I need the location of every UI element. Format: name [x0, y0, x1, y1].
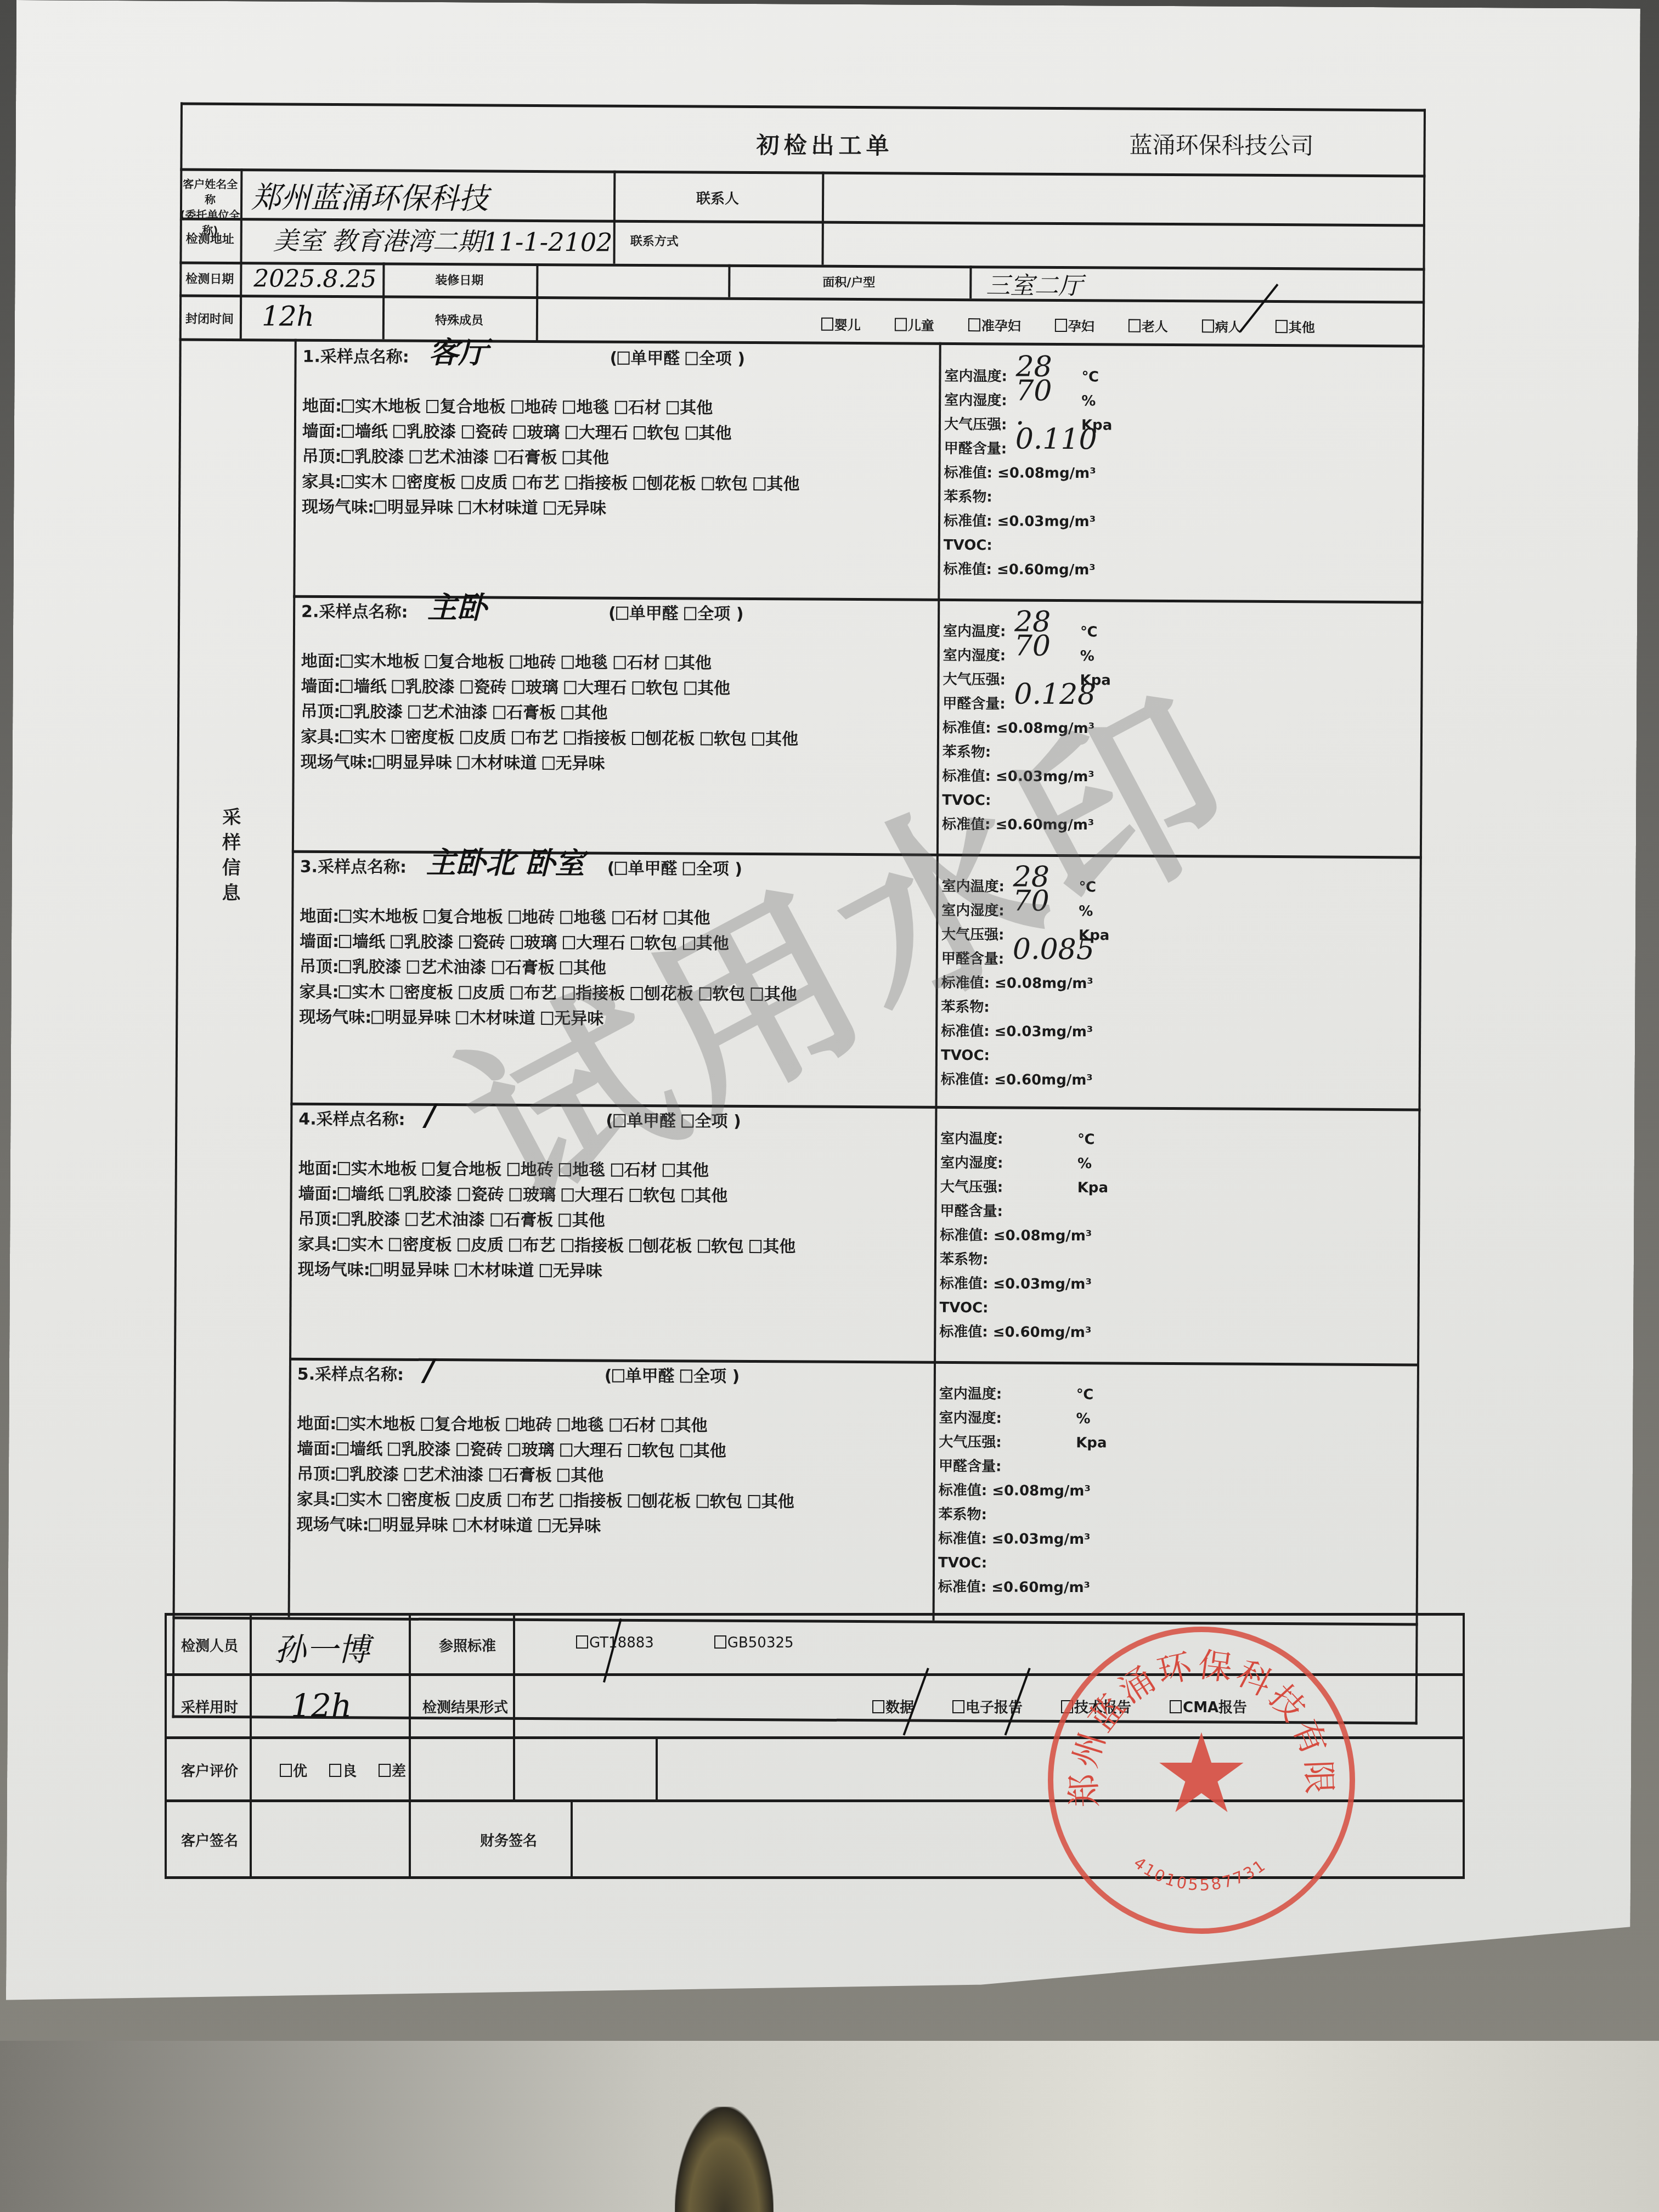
checkbox-icon[interactable]: [494, 451, 506, 464]
wall-checkbox[interactable]: 软包: [628, 1441, 674, 1460]
floor-checkbox[interactable]: 地毯: [558, 1415, 604, 1435]
furniture-checkbox[interactable]: 布艺: [513, 473, 560, 493]
checkbox-icon[interactable]: [1128, 319, 1141, 332]
checkbox-icon[interactable]: [665, 656, 678, 669]
checkbox-icon[interactable]: [1055, 319, 1067, 332]
checkbox-icon[interactable]: [561, 1188, 573, 1201]
ceiling-checkbox[interactable]: 石膏板: [492, 958, 555, 978]
checkbox-icon[interactable]: [680, 1369, 692, 1383]
checkbox-icon[interactable]: [895, 318, 907, 331]
wall-checkbox[interactable]: 软包: [634, 424, 680, 443]
wall-checkbox[interactable]: 大理石: [563, 933, 625, 953]
ceiling-checkbox[interactable]: 其他: [563, 448, 609, 467]
smell-checkbox[interactable]: 明显异味: [373, 753, 452, 772]
checkbox-icon[interactable]: [456, 1011, 469, 1024]
checkbox-icon[interactable]: [393, 476, 405, 489]
smell-checkbox[interactable]: 明显异味: [374, 498, 453, 517]
wall-checkbox[interactable]: 玻璃: [512, 678, 558, 697]
checkbox-icon[interactable]: [509, 1239, 521, 1252]
test-mode-checkbox[interactable]: 全项: [686, 349, 732, 368]
checkbox-icon[interactable]: [338, 1187, 350, 1200]
checkbox-icon[interactable]: [427, 400, 439, 413]
checkbox-icon[interactable]: [511, 400, 523, 414]
checkbox-icon[interactable]: [564, 731, 576, 744]
checkbox-icon[interactable]: [510, 1188, 522, 1201]
special-member-checkbox[interactable]: 孕妇: [1055, 315, 1094, 335]
wall-checkbox[interactable]: 墙纸: [338, 1184, 384, 1204]
checkbox-icon[interactable]: [455, 1263, 467, 1277]
wall-checkbox[interactable]: 瓷砖: [458, 1185, 504, 1204]
checkbox-icon[interactable]: [329, 1764, 341, 1777]
checkbox-icon[interactable]: [544, 501, 556, 515]
furniture-checkbox[interactable]: 刨花板: [631, 984, 693, 1004]
checkbox-icon[interactable]: [558, 1418, 570, 1431]
checkbox-icon[interactable]: [714, 1635, 726, 1649]
furniture-checkbox[interactable]: 实木: [337, 1235, 383, 1254]
checkbox-icon[interactable]: [406, 1213, 418, 1226]
special-member-checkbox[interactable]: 老人: [1128, 316, 1168, 335]
checkbox-icon[interactable]: [280, 1764, 292, 1777]
checkbox-icon[interactable]: [460, 680, 472, 693]
checkbox-icon[interactable]: [508, 1443, 520, 1457]
floor-checkbox[interactable]: 地砖: [506, 1415, 552, 1435]
wall-checkbox[interactable]: 其他: [681, 1186, 727, 1205]
wall-checkbox[interactable]: 玻璃: [513, 423, 560, 442]
checkbox-icon[interactable]: [631, 936, 643, 950]
furniture-checkbox[interactable]: 指接板: [565, 473, 628, 493]
checkbox-icon[interactable]: [336, 1468, 348, 1481]
checkbox-icon[interactable]: [459, 986, 471, 999]
floor-checkbox[interactable]: 实木地板: [342, 397, 421, 416]
furniture-checkbox[interactable]: 实木: [336, 1490, 382, 1509]
furniture-checkbox[interactable]: 软包: [699, 985, 745, 1004]
checkbox-icon[interactable]: [616, 607, 628, 620]
checkbox-icon[interactable]: [342, 425, 354, 438]
checkbox-icon[interactable]: [563, 400, 575, 414]
renovation-date-value[interactable]: [539, 266, 725, 295]
smell-checkbox[interactable]: 明显异味: [371, 1008, 450, 1028]
checkbox-icon[interactable]: [749, 1240, 761, 1253]
furniture-checkbox[interactable]: 其他: [749, 1237, 795, 1256]
checkbox-icon[interactable]: [628, 1444, 640, 1457]
checkbox-icon[interactable]: [390, 1238, 402, 1251]
furniture-checkbox[interactable]: 指接板: [562, 984, 625, 1003]
checkbox-icon[interactable]: [458, 756, 470, 769]
checkbox-icon[interactable]: [699, 988, 711, 1001]
floor-checkbox[interactable]: 实木地板: [339, 907, 418, 927]
checkbox-icon[interactable]: [633, 681, 645, 695]
checkbox-icon[interactable]: [512, 731, 524, 744]
rating-checkbox[interactable]: 差: [379, 1760, 406, 1780]
checkbox-icon[interactable]: [512, 681, 524, 694]
checkbox-icon[interactable]: [489, 1469, 501, 1482]
wall-checkbox[interactable]: 瓷砖: [462, 422, 508, 442]
floor-checkbox[interactable]: 其他: [665, 653, 712, 673]
checkbox-icon[interactable]: [339, 960, 351, 973]
furniture-checkbox[interactable]: 布艺: [509, 1236, 555, 1255]
checkbox-icon[interactable]: [392, 731, 404, 744]
furniture-checkbox[interactable]: 密度板: [393, 473, 456, 493]
rating-checkbox[interactable]: 优: [280, 1760, 307, 1780]
checkbox-icon[interactable]: [684, 681, 696, 695]
contact-method-value[interactable]: [825, 224, 1417, 266]
checkbox-icon[interactable]: [341, 475, 353, 488]
standard-checkbox[interactable]: GB50325: [714, 1635, 794, 1651]
test-mode-checkbox[interactable]: 全项: [683, 859, 729, 878]
wall-checkbox[interactable]: 墙纸: [336, 1440, 382, 1459]
smell-checkbox[interactable]: 无异味: [541, 1009, 603, 1029]
floor-checkbox[interactable]: 复合地板: [421, 1415, 500, 1435]
floor-checkbox[interactable]: 地砖: [511, 398, 557, 417]
checkbox-icon[interactable]: [388, 1493, 400, 1506]
checkbox-icon[interactable]: [667, 401, 679, 414]
floor-checkbox[interactable]: 地毯: [562, 653, 608, 672]
checkbox-icon[interactable]: [612, 911, 624, 924]
checkbox-icon[interactable]: [336, 1493, 348, 1506]
ceiling-checkbox[interactable]: 乳胶漆: [342, 447, 404, 467]
checkbox-icon[interactable]: [631, 987, 643, 1000]
furniture-checkbox[interactable]: 实木: [340, 727, 386, 747]
ceiling-checkbox[interactable]: 艺术油漆: [410, 448, 489, 467]
test-mode-checkbox[interactable]: 单甲醛: [612, 1367, 675, 1386]
checkbox-icon[interactable]: [562, 706, 574, 719]
floor-checkbox[interactable]: 地毯: [561, 908, 607, 927]
checkbox-icon[interactable]: [508, 1494, 520, 1507]
checkbox-icon[interactable]: [702, 477, 714, 490]
checkbox-icon[interactable]: [560, 1494, 572, 1507]
checkbox-icon[interactable]: [337, 1212, 349, 1226]
furniture-checkbox[interactable]: 密度板: [392, 728, 454, 748]
checkbox-icon[interactable]: [629, 1239, 641, 1252]
floor-checkbox[interactable]: 实木地板: [341, 652, 420, 672]
checkbox-icon[interactable]: [490, 1214, 503, 1227]
checkbox-icon[interactable]: [342, 450, 354, 463]
checkbox-icon[interactable]: [341, 654, 353, 668]
checkbox-icon[interactable]: [664, 911, 676, 924]
floor-checkbox[interactable]: 石材: [615, 398, 661, 417]
floor-checkbox[interactable]: 地毯: [559, 1160, 605, 1180]
checkbox-icon[interactable]: [872, 1700, 884, 1713]
furniture-checkbox[interactable]: 布艺: [512, 729, 558, 748]
checkbox-icon[interactable]: [456, 1443, 469, 1456]
checkbox-icon[interactable]: [559, 1163, 571, 1176]
checkbox-icon[interactable]: [391, 986, 403, 999]
floor-checkbox[interactable]: 地砖: [509, 908, 555, 927]
checkbox-icon[interactable]: [680, 1444, 692, 1457]
checkbox-icon[interactable]: [696, 1495, 708, 1508]
wall-checkbox[interactable]: 大理石: [564, 678, 627, 698]
special-member-checkbox[interactable]: 其他: [1276, 317, 1315, 336]
checkbox-icon[interactable]: [340, 680, 352, 693]
floor-checkbox[interactable]: 地毯: [563, 398, 609, 417]
smell-checkbox[interactable]: 无异味: [544, 499, 606, 518]
furniture-checkbox[interactable]: 软包: [702, 475, 748, 494]
checkbox-icon[interactable]: [562, 986, 574, 1000]
special-member-checkbox[interactable]: 准孕妇: [968, 315, 1021, 335]
checkbox-icon[interactable]: [511, 986, 523, 1000]
wall-checkbox[interactable]: 大理石: [560, 1441, 623, 1460]
furniture-checkbox[interactable]: 其他: [753, 475, 799, 494]
checkbox-icon[interactable]: [681, 1114, 693, 1127]
checkbox-icon[interactable]: [1276, 320, 1288, 333]
ceiling-checkbox[interactable]: 其他: [561, 703, 607, 723]
checkbox-icon[interactable]: [342, 399, 354, 413]
checkbox-icon[interactable]: [421, 1418, 433, 1431]
smell-checkbox[interactable]: 木材味道: [455, 1261, 534, 1280]
furniture-checkbox[interactable]: 软包: [698, 1237, 744, 1256]
furniture-checkbox[interactable]: 刨花板: [628, 1492, 691, 1511]
checkbox-icon[interactable]: [686, 426, 698, 439]
furniture-checkbox[interactable]: 刨花板: [634, 474, 696, 494]
checkbox-icon[interactable]: [456, 1493, 469, 1506]
checkbox-icon[interactable]: [563, 936, 575, 949]
checkbox-icon[interactable]: [662, 1419, 674, 1432]
furniture-checkbox[interactable]: 布艺: [508, 1491, 554, 1510]
special-member-checkbox[interactable]: 婴儿: [821, 314, 861, 334]
floor-checkbox[interactable]: 复合地板: [426, 397, 505, 417]
client-signature-field[interactable]: [252, 1802, 406, 1874]
checkbox-icon[interactable]: [560, 1443, 572, 1457]
wall-checkbox[interactable]: 乳胶漆: [390, 1185, 452, 1205]
checkbox-icon[interactable]: [611, 1164, 623, 1177]
checkbox-icon[interactable]: [511, 936, 523, 949]
checkbox-icon[interactable]: [634, 426, 646, 439]
smell-checkbox[interactable]: 无异味: [540, 1261, 602, 1281]
floor-checkbox[interactable]: 石材: [611, 1161, 657, 1180]
checkbox-icon[interactable]: [374, 500, 386, 513]
floor-checkbox[interactable]: 地砖: [510, 653, 556, 672]
special-member-checkbox[interactable]: 病人: [1202, 316, 1242, 335]
checkbox-icon[interactable]: [634, 477, 646, 490]
checkbox-icon[interactable]: [543, 757, 555, 770]
checkbox-icon[interactable]: [379, 1764, 391, 1777]
wall-checkbox[interactable]: 软包: [633, 679, 679, 698]
checkbox-icon[interactable]: [393, 425, 405, 438]
checkbox-icon[interactable]: [630, 1189, 642, 1202]
checkbox-icon[interactable]: [338, 1162, 350, 1175]
wall-checkbox[interactable]: 其他: [683, 934, 729, 953]
checkbox-icon[interactable]: [388, 1443, 400, 1456]
floor-checkbox[interactable]: 石材: [613, 653, 659, 673]
furniture-checkbox[interactable]: 软包: [696, 1492, 742, 1511]
furniture-checkbox[interactable]: 皮质: [456, 1491, 503, 1510]
floor-checkbox[interactable]: 复合地板: [424, 907, 503, 927]
checkbox-icon[interactable]: [613, 656, 625, 669]
checkbox-icon[interactable]: [370, 1263, 382, 1276]
checkbox-icon[interactable]: [373, 755, 385, 769]
result-form-checkbox[interactable]: 数据: [872, 1696, 914, 1717]
ceiling-checkbox[interactable]: 石膏板: [494, 448, 557, 468]
checkbox-icon[interactable]: [460, 731, 472, 744]
wall-checkbox[interactable]: 软包: [630, 1186, 676, 1205]
ceiling-checkbox[interactable]: 乳胶漆: [336, 1465, 399, 1485]
furniture-checkbox[interactable]: 其他: [748, 1492, 794, 1511]
floor-checkbox[interactable]: 实木地板: [336, 1414, 415, 1434]
test-mode-checkbox[interactable]: 全项: [680, 1367, 726, 1386]
furniture-checkbox[interactable]: 实木: [338, 983, 385, 1002]
wall-checkbox[interactable]: 玻璃: [511, 933, 557, 952]
floor-checkbox[interactable]: 石材: [612, 909, 658, 928]
special-member-checkbox[interactable]: 儿童: [895, 314, 934, 334]
wall-checkbox[interactable]: 瓷砖: [459, 933, 505, 952]
furniture-checkbox[interactable]: 指接板: [564, 729, 627, 748]
ceiling-checkbox[interactable]: 乳胶漆: [339, 957, 402, 977]
furniture-checkbox[interactable]: 刨花板: [632, 729, 695, 749]
wall-checkbox[interactable]: 软包: [631, 934, 677, 953]
checkbox-icon[interactable]: [339, 935, 351, 948]
checkbox-icon[interactable]: [613, 1114, 625, 1127]
checkbox-icon[interactable]: [617, 352, 629, 365]
wall-checkbox[interactable]: 其他: [684, 679, 730, 698]
checkbox-icon[interactable]: [459, 935, 471, 949]
smell-checkbox[interactable]: 无异味: [538, 1516, 601, 1536]
checkbox-icon[interactable]: [748, 1495, 760, 1508]
checkbox-icon[interactable]: [561, 911, 573, 924]
wall-checkbox[interactable]: 其他: [680, 1441, 726, 1460]
checkbox-icon[interactable]: [565, 476, 577, 489]
checkbox-icon[interactable]: [610, 1419, 622, 1432]
checkbox-icon[interactable]: [462, 425, 474, 438]
ceiling-checkbox[interactable]: 艺术油漆: [407, 958, 486, 978]
wall-checkbox[interactable]: 乳胶漆: [388, 1440, 451, 1460]
checkbox-icon[interactable]: [422, 1163, 435, 1176]
checkbox-icon[interactable]: [340, 730, 352, 743]
checkbox-icon[interactable]: [513, 476, 526, 489]
wall-checkbox[interactable]: 墙纸: [339, 932, 385, 951]
checkbox-icon[interactable]: [337, 1238, 349, 1251]
checkbox-icon[interactable]: [369, 1518, 381, 1531]
checkbox-icon[interactable]: [683, 936, 695, 950]
floor-checkbox[interactable]: 石材: [610, 1416, 656, 1435]
checkbox-icon[interactable]: [458, 1188, 470, 1201]
furniture-checkbox[interactable]: 密度板: [391, 983, 453, 1003]
smell-checkbox[interactable]: 明显异味: [369, 1515, 448, 1535]
floor-checkbox[interactable]: 复合地板: [422, 1160, 501, 1180]
floor-checkbox[interactable]: 其他: [667, 398, 713, 417]
furniture-checkbox[interactable]: 布艺: [511, 984, 557, 1003]
checkbox-icon[interactable]: [538, 1519, 550, 1532]
checkbox-icon[interactable]: [751, 988, 763, 1001]
ceiling-checkbox[interactable]: 石膏板: [490, 1211, 553, 1231]
checkbox-icon[interactable]: [410, 450, 422, 464]
checkbox-icon[interactable]: [559, 1214, 571, 1227]
checkbox-icon[interactable]: [628, 1494, 640, 1508]
wall-checkbox[interactable]: 玻璃: [510, 1186, 556, 1205]
furniture-checkbox[interactable]: 密度板: [389, 1235, 452, 1255]
checkbox-icon[interactable]: [371, 1011, 383, 1024]
checkbox-icon[interactable]: [459, 501, 471, 514]
checkbox-icon[interactable]: [454, 1519, 466, 1532]
test-mode-checkbox[interactable]: 单甲醛: [614, 859, 677, 879]
checkbox-icon[interactable]: [557, 1469, 569, 1482]
furniture-checkbox[interactable]: 实木: [341, 472, 387, 492]
furniture-checkbox[interactable]: 指接板: [561, 1236, 624, 1256]
ceiling-checkbox[interactable]: 石膏板: [489, 1466, 552, 1486]
checkbox-icon[interactable]: [493, 706, 505, 719]
checkbox-icon[interactable]: [632, 732, 644, 745]
checkbox-icon[interactable]: [336, 1442, 348, 1455]
wall-checkbox[interactable]: 其他: [686, 424, 732, 443]
floor-checkbox[interactable]: 其他: [663, 1161, 709, 1180]
checkbox-icon[interactable]: [615, 401, 627, 414]
checkbox-icon[interactable]: [540, 1264, 552, 1277]
checkbox-icon[interactable]: [752, 732, 764, 746]
checkbox-icon[interactable]: [663, 1164, 675, 1177]
checkbox-icon[interactable]: [1202, 319, 1214, 332]
wall-checkbox[interactable]: 乳胶漆: [391, 933, 453, 952]
wall-checkbox[interactable]: 瓷砖: [456, 1440, 503, 1459]
checkbox-icon[interactable]: [461, 476, 473, 489]
wall-checkbox[interactable]: 乳胶漆: [392, 678, 455, 697]
checkbox-icon[interactable]: [561, 1239, 573, 1252]
wall-checkbox[interactable]: 墙纸: [340, 677, 386, 696]
checkbox-icon[interactable]: [424, 910, 436, 923]
checkbox-icon[interactable]: [404, 1468, 416, 1481]
ceiling-checkbox[interactable]: 乳胶漆: [340, 702, 403, 722]
ceiling-checkbox[interactable]: 乳胶漆: [337, 1210, 400, 1229]
furniture-checkbox[interactable]: 指接板: [560, 1491, 622, 1511]
floor-checkbox[interactable]: 其他: [664, 909, 710, 928]
wall-checkbox[interactable]: 墙纸: [342, 422, 388, 441]
furniture-checkbox[interactable]: 其他: [751, 985, 797, 1004]
furniture-checkbox[interactable]: 密度板: [388, 1491, 450, 1510]
checkbox-icon[interactable]: [701, 732, 713, 746]
checkbox-icon[interactable]: [391, 935, 403, 949]
floor-checkbox[interactable]: 其他: [662, 1416, 708, 1435]
test-mode-checkbox[interactable]: 单甲醛: [617, 349, 680, 369]
checkbox-icon[interactable]: [409, 706, 421, 719]
ceiling-checkbox[interactable]: 艺术油漆: [409, 703, 488, 723]
ceiling-checkbox[interactable]: 其他: [557, 1466, 603, 1485]
smell-checkbox[interactable]: 木材味道: [458, 753, 537, 773]
floor-checkbox[interactable]: 实木地板: [338, 1159, 417, 1179]
furniture-checkbox[interactable]: 刨花板: [629, 1237, 692, 1256]
ceiling-checkbox[interactable]: 艺术油漆: [406, 1210, 485, 1230]
checkbox-icon[interactable]: [336, 1417, 348, 1430]
furniture-checkbox[interactable]: 皮质: [460, 728, 506, 747]
checkbox-icon[interactable]: [681, 1189, 693, 1202]
checkbox-icon[interactable]: [541, 1012, 553, 1025]
contact-value[interactable]: [825, 177, 1417, 219]
checkbox-icon[interactable]: [566, 426, 578, 439]
checkbox-icon[interactable]: [340, 705, 352, 718]
wall-checkbox[interactable]: 玻璃: [508, 1441, 554, 1460]
test-mode-checkbox[interactable]: 单甲醛: [616, 604, 679, 624]
rating-checkbox[interactable]: 良: [329, 1760, 357, 1780]
ceiling-checkbox[interactable]: 其他: [559, 1211, 605, 1230]
checkbox-icon[interactable]: [563, 451, 575, 464]
smell-checkbox[interactable]: 木材味道: [454, 1516, 533, 1536]
checkbox-icon[interactable]: [560, 961, 572, 974]
ceiling-checkbox[interactable]: 艺术油漆: [404, 1465, 483, 1485]
smell-checkbox[interactable]: 明显异味: [370, 1260, 449, 1280]
checkbox-icon[interactable]: [492, 961, 504, 974]
test-mode-checkbox[interactable]: 全项: [681, 1111, 727, 1131]
smell-checkbox[interactable]: 无异味: [543, 754, 605, 774]
floor-checkbox[interactable]: 地砖: [507, 1160, 554, 1180]
checkbox-icon[interactable]: [390, 1188, 402, 1201]
test-mode-checkbox[interactable]: 全项: [684, 604, 730, 623]
checkbox-icon[interactable]: [684, 607, 696, 620]
ceiling-checkbox[interactable]: 其他: [560, 958, 606, 978]
test-mode-checkbox[interactable]: 单甲醛: [613, 1111, 676, 1131]
furniture-checkbox[interactable]: 皮质: [461, 473, 507, 492]
checkbox-icon[interactable]: [564, 681, 576, 694]
checkbox-icon[interactable]: [698, 1240, 710, 1253]
smell-checkbox[interactable]: 木材味道: [459, 498, 538, 518]
checkbox-icon[interactable]: [686, 352, 698, 365]
checkbox-icon[interactable]: [614, 862, 627, 875]
